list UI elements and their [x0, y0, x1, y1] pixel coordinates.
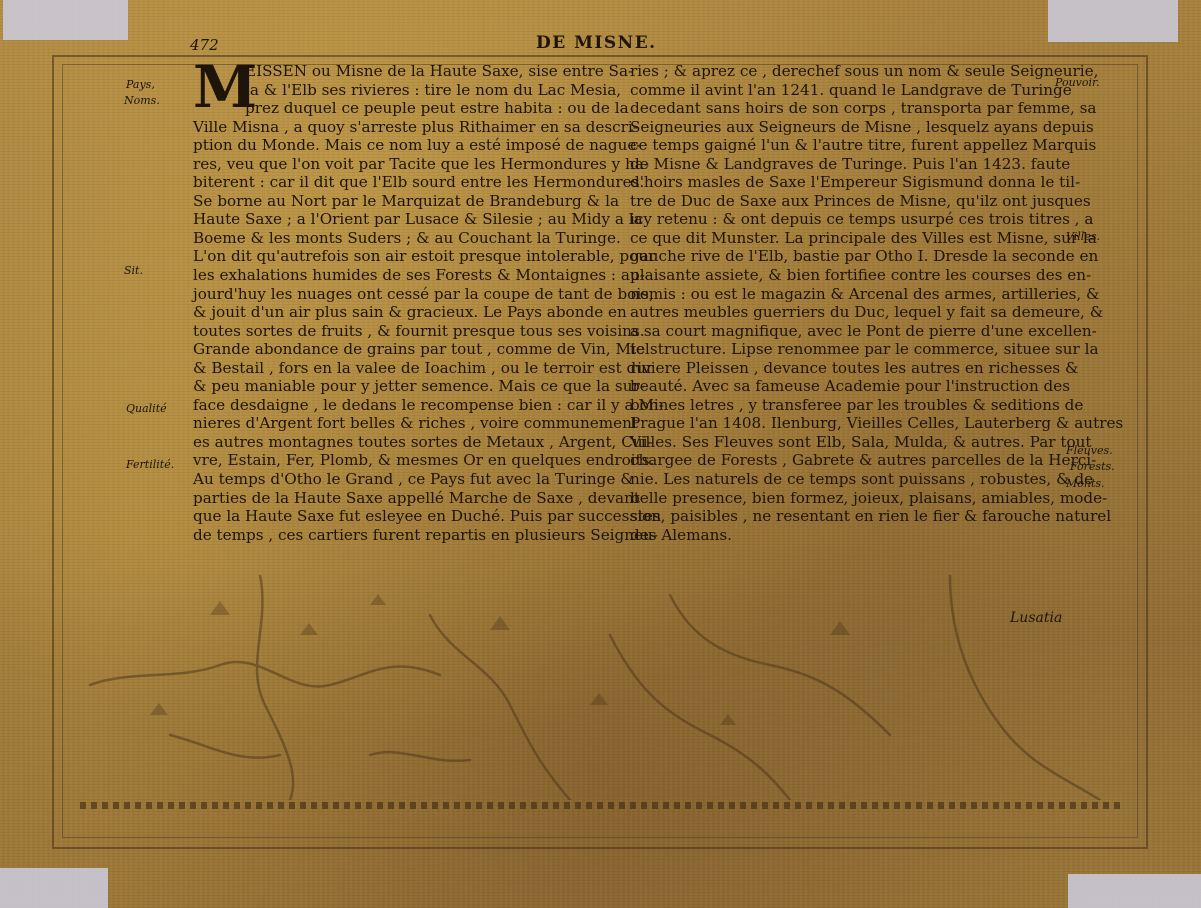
tape-bottom-right	[1068, 874, 1201, 908]
tape-top-right	[1048, 0, 1178, 42]
text-line: belle presence, bien formez, joieux, pla…	[630, 489, 1062, 508]
text-line: de Misne & Landgraves de Turinge. Puis l…	[630, 155, 1062, 174]
text-line: toutes sortes de fruits , & fournit pres…	[193, 322, 619, 341]
text-line: jourd'huy les nuages ont cessé par la co…	[193, 285, 619, 304]
text-line: a sa court magnifique, avec le Pont de p…	[630, 322, 1062, 341]
text-line: te structure. Lipse renommee par le comm…	[630, 340, 1062, 359]
text-line: Prague l'an 1408. Ilenburg, Vieilles Cel…	[630, 414, 1062, 433]
margin-note-fertilite: Fertilité.	[126, 458, 174, 472]
text-line: ce que dit Munster. La principale des Vi…	[630, 229, 1062, 248]
text-line: Se borne au Nort par le Marquizat de Bra…	[193, 192, 619, 211]
right-text-column: ries ; & aprez ce , derechef sous un nom…	[630, 62, 1062, 544]
text-line: Ville Misna , a quoy s'arreste plus Rith…	[193, 118, 619, 137]
text-line: riviere Pleissen , devance toutes les au…	[630, 359, 1062, 378]
text-line: Seigneuries aux Seigneurs de Misne , les…	[630, 118, 1062, 137]
text-line: Villes. Ses Fleuves sont Elb, Sala, Muld…	[630, 433, 1062, 452]
text-line: Au temps d'Otho le Grand , ce Pays fut a…	[193, 470, 619, 489]
text-line: prez duquel ce peuple peut estre habita …	[193, 99, 619, 118]
text-line: Haute Saxe ; a l'Orient par Lusace & Sil…	[193, 210, 619, 229]
text-line: gauche rive de l'Elb, bastie par Otho I.…	[630, 247, 1062, 266]
margin-note-monts: Monts.	[1066, 477, 1105, 491]
text-line: Boeme & les monts Suders ; & au Couchant…	[193, 229, 619, 248]
text-line: des Alemans.	[630, 526, 1062, 545]
text-line: icy retenu : & ont depuis ce temps usurp…	[630, 210, 1062, 229]
text-line: & jouit d'un air plus sain & gracieux. L…	[193, 303, 619, 322]
left-text-column: EISSEN ou Misne de la Haute Saxe, sise e…	[193, 62, 619, 544]
text-line: stes, paisibles , ne resentant en rien l…	[630, 507, 1062, 526]
text-line: les exhalations humides de ses Forests &…	[193, 266, 619, 285]
text-line: ption du Monde. Mais ce nom luy a esté i…	[193, 136, 619, 155]
text-line: autres meubles guerriers du Duc, lequel …	[630, 303, 1062, 322]
map-label-lusatia: Lusatia	[1010, 610, 1062, 626]
text-line: parties de la Haute Saxe appellé Marche …	[193, 489, 619, 508]
text-line: nieres d'Argent fort belles & riches , v…	[193, 414, 619, 433]
text-line: ce temps gaigné l'un & l'autre titre, fu…	[630, 136, 1062, 155]
text-line: & Bestail , fors en la valee de Ioachim …	[193, 359, 619, 378]
tape-bottom-left	[0, 868, 108, 908]
text-line: ries ; & aprez ce , derechef sous un nom…	[630, 62, 1062, 81]
page-number: 472	[190, 36, 219, 54]
margin-note-villes: Villes.	[1066, 230, 1100, 244]
text-line: nie. Les naturels de ce temps sont puiss…	[630, 470, 1062, 489]
text-line: nemis : ou est le magazin & Arcenal des …	[630, 285, 1062, 304]
text-line: que la Haute Saxe fut esleyee en Duché. …	[193, 507, 619, 526]
text-line: d'hoirs masles de Saxe l'Empereur Sigism…	[630, 173, 1062, 192]
margin-note-forests: Forests.	[1070, 460, 1115, 474]
degree-scale-bar	[80, 802, 1120, 809]
text-line: comme il avint l'an 1241. quand le Landg…	[630, 81, 1062, 100]
text-line: L'on dit qu'autrefois son air estoit pre…	[193, 247, 619, 266]
text-line: biterent : car il dit que l'Elb sourd en…	[193, 173, 619, 192]
text-line: res, veu que l'on voit par Tacite que le…	[193, 155, 619, 174]
margin-note-noms: Noms.	[124, 94, 160, 108]
margin-note-sit: Sit.	[124, 264, 143, 278]
text-line: face desdaigne , le dedans le recompense…	[193, 396, 619, 415]
text-line: vre, Estain, Fer, Plomb, & mesmes Or en …	[193, 451, 619, 470]
running-head: DE MISNE.	[536, 33, 657, 53]
text-line: decedant sans hoirs de son corps , trans…	[630, 99, 1062, 118]
text-line: plaisante assiete, & bien fortifiee cont…	[630, 266, 1062, 285]
margin-note-qualite: Qualité	[126, 402, 167, 416]
margin-note-fleuves: Fleuves.	[1066, 444, 1113, 458]
text-line: beauté. Avec sa fameuse Academie pour l'…	[630, 377, 1062, 396]
tape-top-left	[3, 0, 128, 40]
text-line: la & l'Elb ses rivieres : tire le nom du…	[193, 81, 619, 100]
text-line: Grande abondance de grains par tout , co…	[193, 340, 619, 359]
text-line: de temps , ces cartiers furent repartis …	[193, 526, 619, 545]
text-line: tre de Duc de Saxe aux Princes de Misne,…	[630, 192, 1062, 211]
text-line: EISSEN ou Misne de la Haute Saxe, sise e…	[193, 62, 619, 81]
text-line: bonnes letres , y transferee par les tro…	[630, 396, 1062, 415]
text-line: & peu maniable pour y jetter semence. Ma…	[193, 377, 619, 396]
margin-note-pouvoir: Pouvoir.	[1055, 76, 1100, 90]
margin-note-pays: Pays,	[126, 78, 155, 92]
text-line: es autres montagnes toutes sortes de Met…	[193, 433, 619, 452]
text-line: chargee de Forests , Gabrete & autres pa…	[630, 451, 1062, 470]
